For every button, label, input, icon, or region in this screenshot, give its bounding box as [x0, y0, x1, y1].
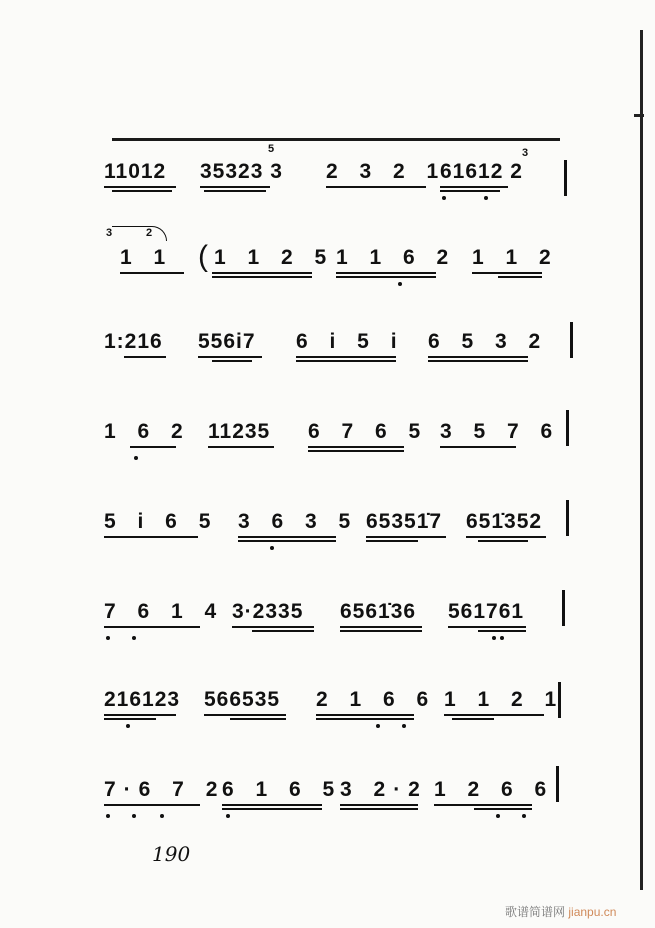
- measure: 5 i 6 5: [104, 510, 198, 534]
- notes: 6561̇36: [340, 600, 422, 624]
- notes: 566535: [204, 688, 286, 712]
- score-row-2: 3 2 1 1 ( 1 1 2 5 1 1 6 2 1 1 2: [104, 246, 564, 306]
- notes: 2 3 2 1: [326, 160, 426, 184]
- score-row-6: 7 6 1 4 3·2335 6561̇36 561761: [104, 600, 564, 660]
- notes: 1 1 6 2: [336, 246, 436, 270]
- bar-line: [556, 766, 559, 802]
- bar-line: [558, 682, 561, 718]
- measure: 3 5 7 6: [440, 420, 536, 444]
- notes: 3 5 7 6: [440, 420, 536, 444]
- measure: 3 2·2: [340, 778, 418, 802]
- notes: 6 i 5 i: [296, 330, 396, 354]
- measure: 1 1 6 2: [336, 246, 436, 270]
- measure: ( 1 1 2 5: [198, 246, 312, 270]
- measure: 5 35323 3: [200, 160, 300, 184]
- bar-line: [566, 500, 569, 536]
- watermark: 歌谱简谱网 jianpu.cn: [505, 903, 616, 920]
- page-edge-line: [640, 30, 643, 890]
- notes: 1 1 2: [472, 246, 542, 270]
- page-edge-mark: [634, 114, 644, 117]
- measure: 3 2 1 1: [104, 246, 184, 270]
- notes: 1 1: [104, 246, 184, 270]
- grace-note: 2: [146, 228, 152, 239]
- notes: 65351̇7: [366, 510, 446, 534]
- score-row-7: 216123 566535 2 1 6 6 1 1 2 1: [104, 688, 564, 748]
- measure: 6 i 5 i: [296, 330, 396, 354]
- notes: 61612 2: [440, 160, 540, 184]
- notes: 6 5 3 2: [428, 330, 528, 354]
- notes: 6 1 6 5: [222, 778, 322, 802]
- measure: 1 6 2: [104, 420, 176, 444]
- score-row-1: 11012 5 35323 3 2 3 2 1 3 61612 2: [104, 160, 564, 220]
- score-row-4: 1 6 2 11235 6 7 6 5 3 5 7 6: [104, 420, 564, 480]
- notes: 6 7 6 5: [308, 420, 404, 444]
- notes: 3 6 3 5: [238, 510, 336, 534]
- bar-line: [570, 322, 573, 358]
- watermark-url: jianpu.cn: [568, 905, 616, 919]
- measure: 1:216: [104, 330, 170, 354]
- measure: 6 7 6 5: [308, 420, 404, 444]
- bar-line: [564, 160, 567, 196]
- score-row-8: 7·6 7 2 6 1 6 5 3 2·2 1 2 6 6: [104, 778, 564, 838]
- measure: 3·2335: [232, 600, 314, 624]
- grace-note: 3: [522, 148, 528, 159]
- measure: 2 1 6 6: [316, 688, 414, 712]
- score-row-5: 5 i 6 5 3 6 3 5 65351̇7 651̇352: [104, 510, 564, 570]
- bar-line: [562, 590, 565, 626]
- measure: 1 1 2 1: [444, 688, 544, 712]
- page-number: 190: [152, 842, 190, 866]
- measure: 556i7: [198, 330, 262, 354]
- notes: 7·6 7 2: [104, 778, 200, 802]
- notes: 561761: [448, 600, 526, 624]
- notes: 5 i 6 5: [104, 510, 198, 534]
- measure: 651̇352: [466, 510, 546, 534]
- notes: 35323 3: [200, 160, 300, 184]
- measure: 6 5 3 2: [428, 330, 528, 354]
- grace-note: 3: [106, 228, 112, 239]
- measure: 2 3 2 1: [326, 160, 426, 184]
- notes: 1 2 6 6: [434, 778, 532, 802]
- measure: 1 2 6 6: [434, 778, 532, 802]
- notes: 3·2335: [232, 600, 314, 624]
- measure: 65351̇7: [366, 510, 446, 534]
- notes: 1 6 2: [104, 420, 176, 444]
- notes: 11235: [208, 420, 274, 444]
- grace-note: 5: [268, 144, 274, 155]
- score-row-3: 1:216 556i7 6 i 5 i 6 5 3 2: [104, 330, 564, 390]
- measure: 216123: [104, 688, 176, 712]
- watermark-text: 歌谱简谱网: [505, 905, 565, 919]
- notes: 3 2·2: [340, 778, 418, 802]
- measure: 6561̇36: [340, 600, 422, 624]
- measure: 6 1 6 5: [222, 778, 322, 802]
- measure: 3 61612 2: [440, 160, 540, 184]
- staff-top-rule: [112, 138, 560, 141]
- notes: 1 1 2 5: [198, 246, 312, 270]
- measure: 1 1 2: [472, 246, 542, 270]
- notes: 7 6 1 4: [104, 600, 200, 624]
- measure: 3 6 3 5: [238, 510, 336, 534]
- measure: 561761: [448, 600, 526, 624]
- measure: 11235: [208, 420, 274, 444]
- measure: 7 6 1 4: [104, 600, 200, 624]
- notes: 556i7: [198, 330, 262, 354]
- measure: 566535: [204, 688, 286, 712]
- bar-line: [566, 410, 569, 446]
- notes: 651̇352: [466, 510, 546, 534]
- notes: 11012: [104, 160, 176, 184]
- measure: 7·6 7 2: [104, 778, 200, 802]
- notes: 1:216: [104, 330, 170, 354]
- notes: 216123: [104, 688, 176, 712]
- notes: 1 1 2 1: [444, 688, 544, 712]
- measure: 11012: [104, 160, 176, 184]
- notes: 2 1 6 6: [316, 688, 414, 712]
